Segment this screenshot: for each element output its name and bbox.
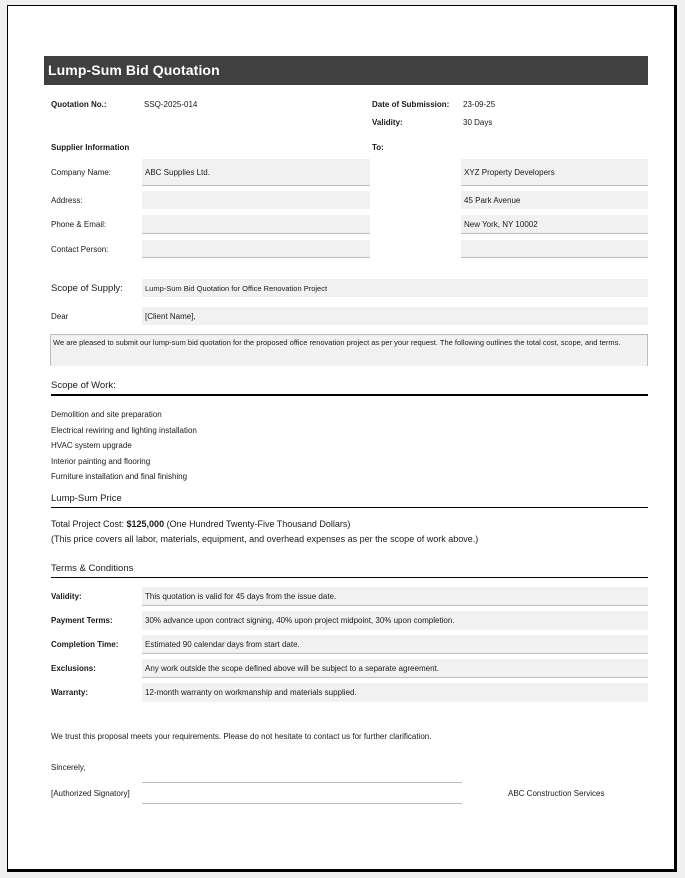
quotation-number-value[interactable]: SSQ-2025-014 — [144, 100, 197, 109]
lump-sum-price-heading: Lump-Sum Price — [51, 493, 648, 508]
signature-line-top — [142, 782, 462, 783]
salutation-label: Dear — [51, 312, 68, 321]
company-name-label: Company Name: — [51, 168, 111, 177]
scope-item: Demolition and site preparation — [51, 410, 162, 419]
signature-line[interactable] — [142, 803, 462, 804]
completion-time-field[interactable]: Estimated 90 calendar days from start da… — [142, 635, 648, 654]
date-of-submission-label: Date of Submission: — [372, 100, 449, 109]
contact-person-field[interactable] — [142, 240, 370, 258]
warranty-field[interactable]: 12-month warranty on workmanship and mat… — [142, 683, 648, 702]
total-project-cost: Total Project Cost: $125,000 (One Hundre… — [51, 519, 350, 529]
recipient-company-field[interactable]: XYZ Property Developers — [461, 159, 648, 186]
terms-validity-field[interactable]: This quotation is valid for 45 days from… — [142, 587, 648, 606]
scope-of-supply-label: Scope of Supply: — [51, 283, 123, 294]
closing-message: We trust this proposal meets your requir… — [51, 732, 431, 741]
total-cost-words: (One Hundred Twenty-Five Thousand Dollar… — [164, 519, 350, 529]
contact-person-label: Contact Person: — [51, 245, 108, 254]
document-page: Lump-Sum Bid Quotation Quotation No.: SS… — [7, 5, 677, 872]
address-label: Address: — [51, 196, 83, 205]
warranty-label: Warranty: — [51, 688, 88, 697]
validity-value[interactable]: 30 Days — [463, 118, 492, 127]
completion-time-label: Completion Time: — [51, 640, 118, 649]
recipient-city-field[interactable]: New York, NY 10002 — [461, 215, 648, 234]
introduction-text[interactable]: We are pleased to submit our lump-sum bi… — [50, 334, 648, 366]
quotation-number-label: Quotation No.: — [51, 100, 107, 109]
total-cost-amount: $125,000 — [127, 519, 165, 529]
phone-email-field[interactable] — [142, 215, 370, 234]
recipient-heading: To: — [372, 143, 384, 152]
payment-terms-label: Payment Terms: — [51, 616, 113, 625]
scope-item: Furniture installation and final finishi… — [51, 472, 187, 481]
scope-item: HVAC system upgrade — [51, 441, 132, 450]
recipient-street-field[interactable]: 45 Park Avenue — [461, 191, 648, 209]
exclusions-label: Exclusions: — [51, 664, 96, 673]
price-note: (This price covers all labor, materials,… — [51, 534, 478, 544]
authorized-signatory: [Authorized Signatory] — [51, 789, 130, 798]
validity-label: Validity: — [372, 118, 403, 127]
terms-conditions-heading: Terms & Conditions — [51, 563, 648, 578]
payment-terms-field[interactable]: 30% advance upon contract signing, 40% u… — [142, 611, 648, 630]
scope-item: Interior painting and flooring — [51, 457, 150, 466]
document-title: Lump-Sum Bid Quotation — [44, 56, 648, 85]
company-signature-name: ABC Construction Services — [508, 789, 604, 798]
terms-validity-label: Validity: — [51, 592, 82, 601]
date-of-submission-value[interactable]: 23-09-25 — [463, 100, 495, 109]
scope-item: Electrical rewiring and lighting install… — [51, 426, 197, 435]
total-cost-prefix: Total Project Cost: — [51, 519, 127, 529]
exclusions-field[interactable]: Any work outside the scope defined above… — [142, 659, 648, 678]
client-name-field[interactable]: [Client Name], — [142, 307, 648, 325]
signoff: Sincerely, — [51, 763, 86, 772]
address-field[interactable] — [142, 191, 370, 209]
company-name-field[interactable]: ABC Supplies Ltd. — [142, 159, 370, 186]
recipient-extra-field[interactable] — [461, 240, 648, 258]
scope-of-work-heading: Scope of Work: — [51, 380, 648, 396]
scope-of-supply-field[interactable]: Lump-Sum Bid Quotation for Office Renova… — [142, 279, 648, 297]
phone-email-label: Phone & Email: — [51, 220, 106, 229]
supplier-information-heading: Supplier Information — [51, 143, 129, 152]
